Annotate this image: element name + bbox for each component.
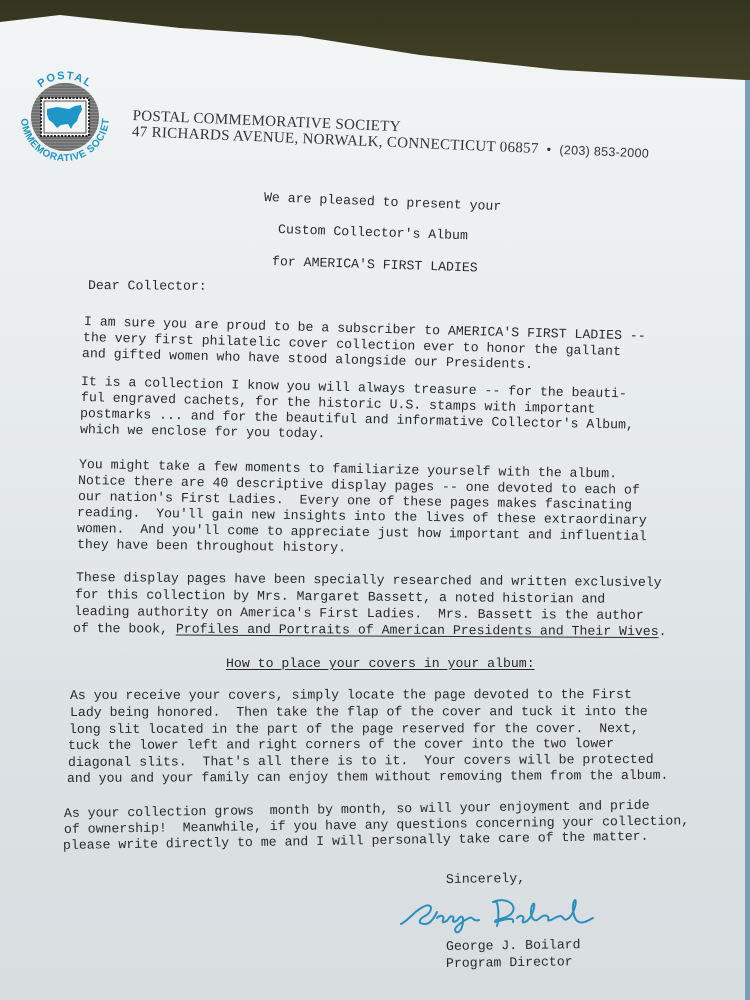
- society-logo-icon: POSTAL COMMEMORATIVE SOCIETY: [13, 65, 117, 169]
- instruction-line: and you and your family can enjoy them w…: [67, 768, 669, 787]
- instruction-line: tuck the lower left and right corners of…: [68, 736, 614, 754]
- book-line: of the book, Profiles and Portraits of A…: [73, 621, 667, 640]
- phone-number: (203) 853-2000: [559, 143, 649, 161]
- instruction-line: Lady being honored. Then take the flap o…: [70, 704, 648, 721]
- signer-title: Program Director: [446, 954, 573, 972]
- paragraph-line: they have been throughout history.: [77, 537, 346, 556]
- salutation: Dear Collector:: [88, 278, 207, 295]
- paper-edge: [745, 80, 750, 1000]
- book-title: Profiles and Portraits of American Presi…: [176, 622, 659, 640]
- section-heading: How to place your covers in your album:: [226, 656, 535, 672]
- closing: Sincerely,: [446, 871, 525, 888]
- instruction-line: As you receive your covers, simply locat…: [70, 687, 632, 704]
- bullet-separator: •: [546, 142, 551, 156]
- handwritten-signature: George Boilard: [395, 890, 605, 940]
